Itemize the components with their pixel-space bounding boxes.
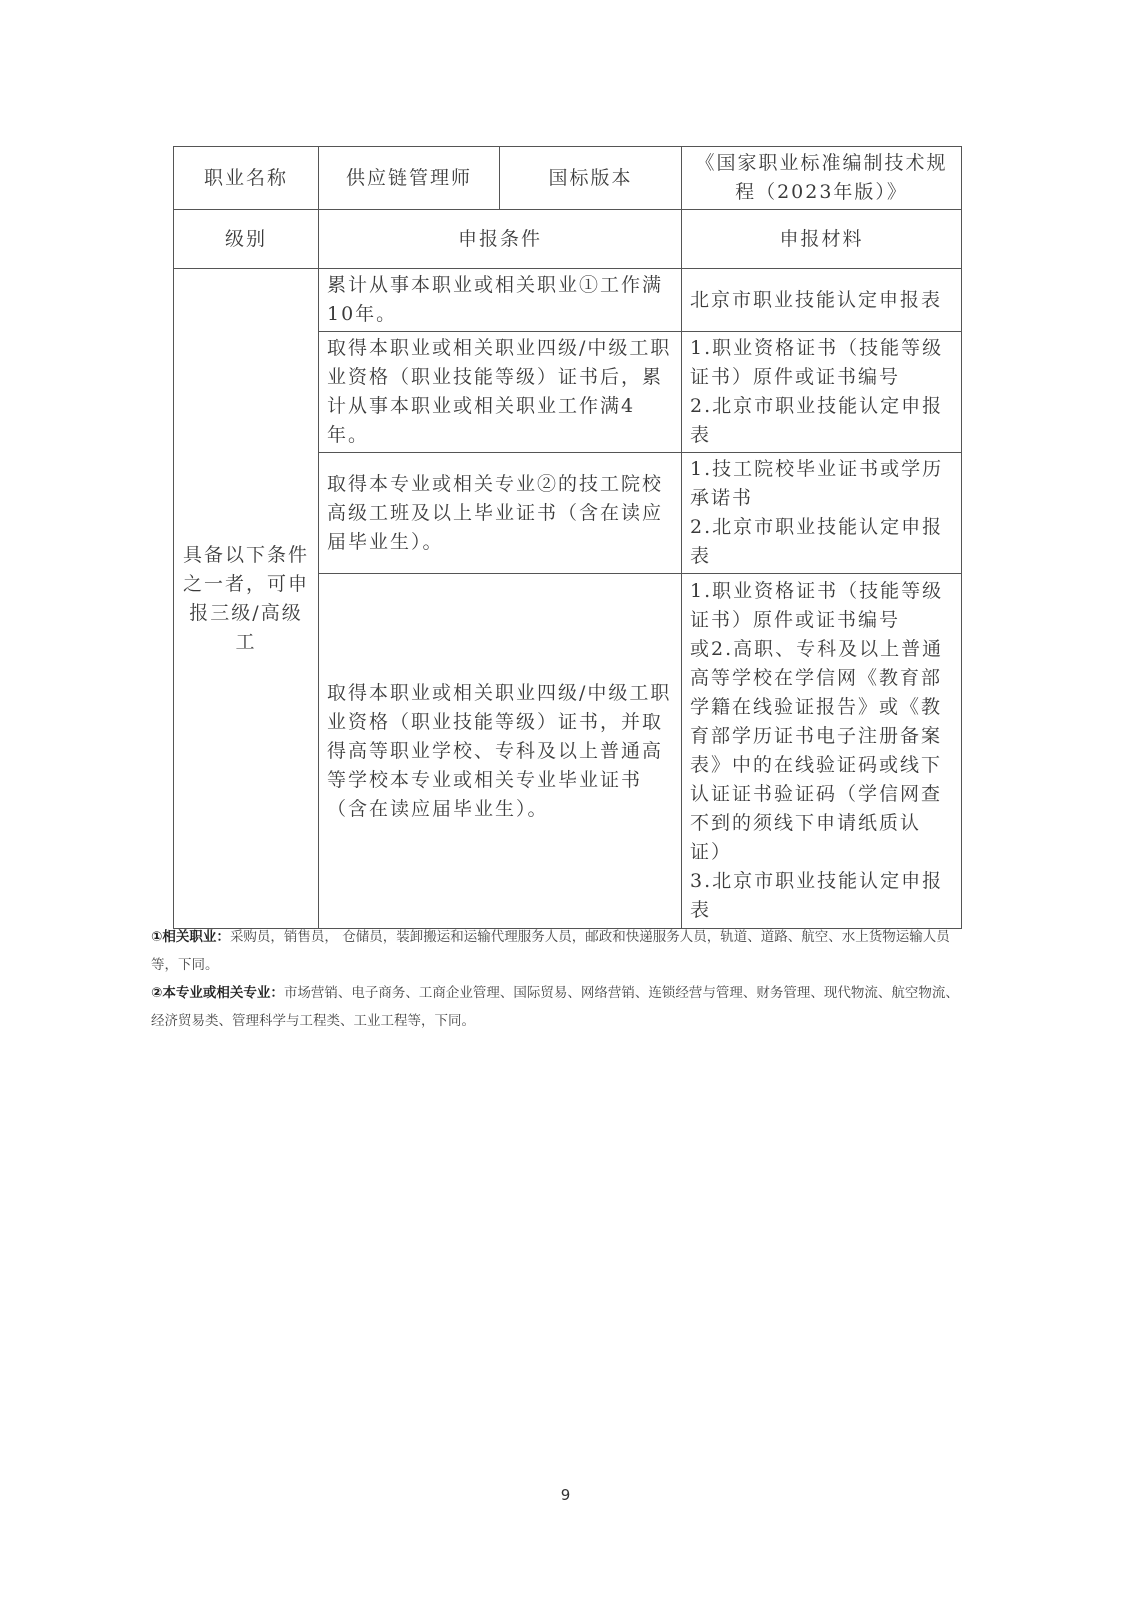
footnotes: ①相关职业：采购员，销售员， 仓储员，装卸搬运和运输代理服务人员，邮政和快递服务… (151, 923, 971, 1035)
materials-cell: 1.职业资格证书（技能等级证书）原件或证书编号 或2.高职、专科及以上普通高等学… (682, 574, 962, 929)
footnote-label: ②本专业或相关专业： (151, 985, 284, 1001)
occupation-value: 供应链管理师 (319, 147, 500, 210)
conditions-header: 申报条件 (319, 210, 682, 269)
materials-header: 申报材料 (682, 210, 962, 269)
requirements-table: 职业名称 供应链管理师 国标版本 《国家职业标准编制技术规程（2023年版）》 … (173, 146, 962, 929)
condition-cell: 取得本专业或相关专业②的技工院校高级工班及以上毕业证书（含在读应届毕业生）。 (319, 453, 682, 574)
materials-cell: 1.职业资格证书（技能等级证书）原件或证书编号 2.北京市职业技能认定申报表 (682, 332, 962, 453)
condition-cell: 取得本职业或相关职业四级/中级工职业资格（职业技能等级）证书后，累计从事本职业或… (319, 332, 682, 453)
materials-cell: 1.技工院校毕业证书或学历承诺书 2.北京市职业技能认定申报表 (682, 453, 962, 574)
level-header: 级别 (174, 210, 319, 269)
footnote-related-majors: ②本专业或相关专业：市场营销、电子商务、工商企业管理、国际贸易、网络营销、连锁经… (151, 979, 971, 1035)
footnote-related-occupations: ①相关职业：采购员，销售员， 仓储员，装卸搬运和运输代理服务人员，邮政和快递服务… (151, 923, 971, 979)
standard-label: 国标版本 (500, 147, 682, 210)
footnote-text: 采购员，销售员， 仓储员，装卸搬运和运输代理服务人员，邮政和快递服务人员，轨道、… (151, 929, 950, 973)
footnote-label: ①相关职业： (151, 929, 230, 945)
table-row: 具备以下条件之一者，可申报三级/高级工 累计从事本职业或相关职业①工作满10年。… (174, 269, 962, 332)
condition-cell: 累计从事本职业或相关职业①工作满10年。 (319, 269, 682, 332)
condition-cell: 取得本职业或相关职业四级/中级工职业资格（职业技能等级）证书，并取得高等职业学校… (319, 574, 682, 929)
page-number: 9 (0, 1486, 1131, 1504)
materials-cell: 北京市职业技能认定申报表 (682, 269, 962, 332)
standard-value: 《国家职业标准编制技术规程（2023年版）》 (682, 147, 962, 210)
document-page: 职业名称 供应链管理师 国标版本 《国家职业标准编制技术规程（2023年版）》 … (0, 0, 1131, 1600)
occupation-row: 职业名称 供应链管理师 国标版本 《国家职业标准编制技术规程（2023年版）》 (174, 147, 962, 210)
occupation-label: 职业名称 (174, 147, 319, 210)
level-cell: 具备以下条件之一者，可申报三级/高级工 (174, 269, 319, 929)
column-header-row: 级别 申报条件 申报材料 (174, 210, 962, 269)
